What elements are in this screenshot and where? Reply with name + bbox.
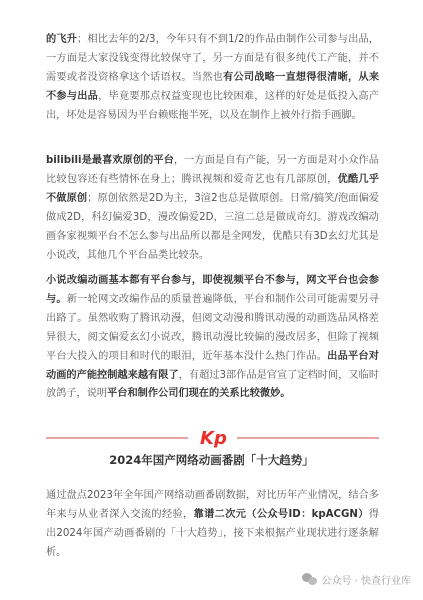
section-divider: Kp (46, 426, 379, 448)
watermark: 公众号 · 快查行业库 (302, 572, 411, 587)
paragraph-text: 的飞升；相比去年的2/3，今年只有不到1/2的作品由制作公司参与出品，一方面是大… (46, 31, 379, 126)
divider-line-left (46, 437, 188, 439)
paragraph-text: 小说改编动画基本都有平台参与，即使视频平台不参与，网文平台也会参与。新一轮网文改… (46, 272, 379, 404)
wechat-icon (302, 573, 318, 586)
paragraph-novel-adaptation: 小说改编动画基本都有平台参与，即使视频平台不参与，网文平台也会参与。新一轮网文改… (46, 272, 379, 404)
emphasis-text: 靠谱二次元（公众号ID：kpACGN） (194, 509, 369, 520)
divider-line-right (237, 437, 379, 439)
emphasis-text: 平台和制作公司们现在的关系比较微妙。 (107, 388, 290, 399)
emphasis-text: bilibili是最喜欢原创的平台 (46, 155, 174, 166)
watermark-text: 公众号 · 快查行业库 (321, 572, 411, 587)
kp-logo-icon: Kp (198, 426, 228, 452)
section-title: 2024年国产网络动画番剧「十大趋势」 (0, 452, 423, 468)
emphasis-text: 的飞升 (46, 34, 77, 45)
svg-text:Kp: Kp (200, 428, 227, 449)
paragraph-original-works: bilibili是最喜欢原创的平台，一方面是自有产能，另一方面是对小众作品比较包… (46, 152, 379, 265)
paragraph-text: bilibili是最喜欢原创的平台，一方面是自有产能，另一方面是对小众作品比较包… (46, 152, 379, 265)
body-text: ；原创依然是2D为主，3渲2也总是做原创。日常/搞笑/泡面偏爱做成2D，科幻偏爱… (46, 193, 379, 261)
paragraph-intro-trends: 通过盘点2023年全年国产网络动画番剧数据，对比历年产业情况，结合多年来与从业者… (46, 487, 379, 563)
paragraph-text: 通过盘点2023年全年国产网络动画番剧数据，对比历年产业情况，结合多年来与从业者… (46, 487, 379, 563)
paragraph-platform-publishing: 的飞升；相比去年的2/3，今年只有不到1/2的作品由制作公司参与出品，一方面是大… (46, 31, 379, 126)
